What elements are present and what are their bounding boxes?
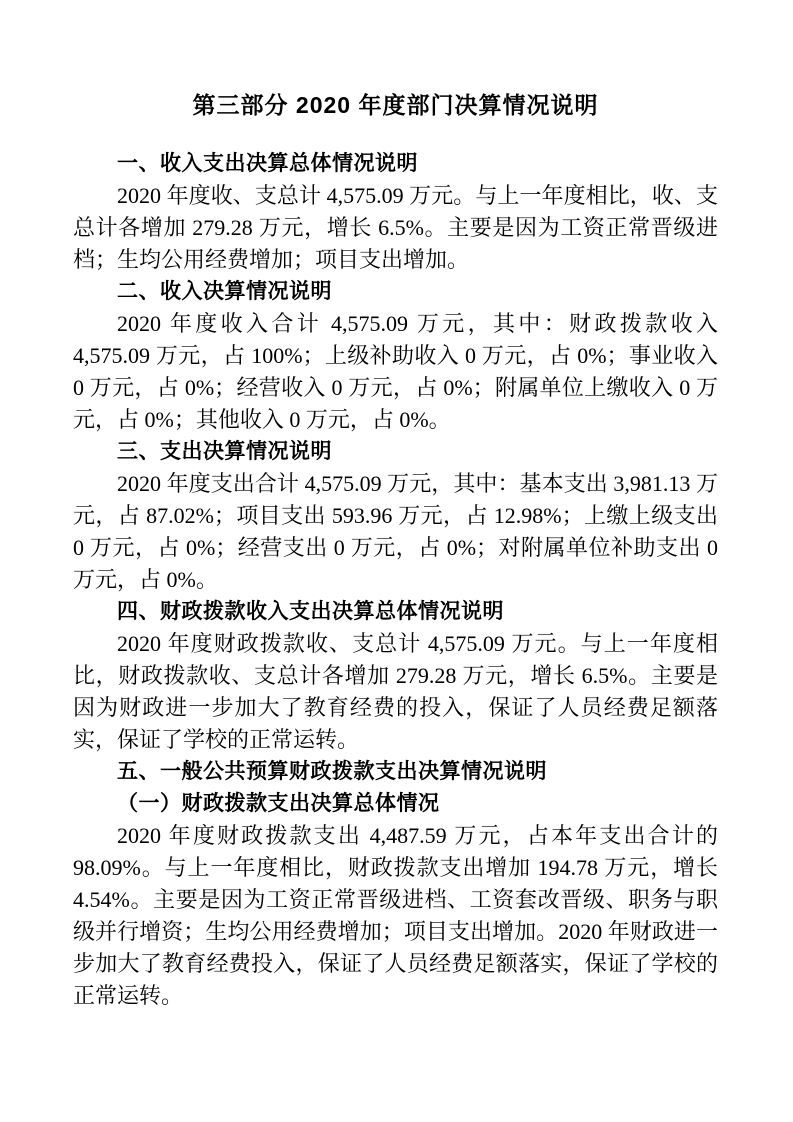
section-expense-statement: 三、支出决算情况说明 2020 年度支出合计 4,575.09 万元，其中：基本… [73,436,718,596]
document-page: 第三部分 2020 年度部门决算情况说明 一、收入支出决算总体情况说明 2020… [0,0,793,1122]
section-public-budget-expense: 五、一般公共预算财政拨款支出决算情况说明 （一）财政拨款支出决算总体情况 202… [73,756,718,1012]
section-income-expense-overview: 一、收入支出决算总体情况说明 2020 年度收、支总计 4,575.09 万元。… [73,148,718,276]
section-4-heading: 四、财政拨款收入支出决算总体情况说明 [73,596,718,628]
document-title: 第三部分 2020 年度部门决算情况说明 [73,88,718,122]
section-5-paragraph: 2020 年度财政拨款支出 4,487.59 万元，占本年支出合计的 98.09… [73,820,718,1012]
section-2-paragraph: 2020 年度收入合计 4,575.09 万元，其中：财政拨款收入 4,575.… [73,308,718,436]
section-fiscal-appropriation-overview: 四、财政拨款收入支出决算总体情况说明 2020 年度财政拨款收、支总计 4,57… [73,596,718,756]
section-4-paragraph: 2020 年度财政拨款收、支总计 4,575.09 万元。与上一年度相比，财政拨… [73,628,718,756]
section-2-heading: 二、收入决算情况说明 [73,276,718,308]
section-income-statement: 二、收入决算情况说明 2020 年度收入合计 4,575.09 万元，其中：财政… [73,276,718,436]
section-1-heading: 一、收入支出决算总体情况说明 [73,148,718,180]
section-1-paragraph: 2020 年度收、支总计 4,575.09 万元。与上一年度相比，收、支总计各增… [73,180,718,276]
section-5-heading: 五、一般公共预算财政拨款支出决算情况说明 [73,756,718,788]
section-5-subheading: （一）财政拨款支出决算总体情况 [73,788,718,820]
section-3-paragraph: 2020 年度支出合计 4,575.09 万元，其中：基本支出 3,981.13… [73,468,718,596]
section-3-heading: 三、支出决算情况说明 [73,436,718,468]
